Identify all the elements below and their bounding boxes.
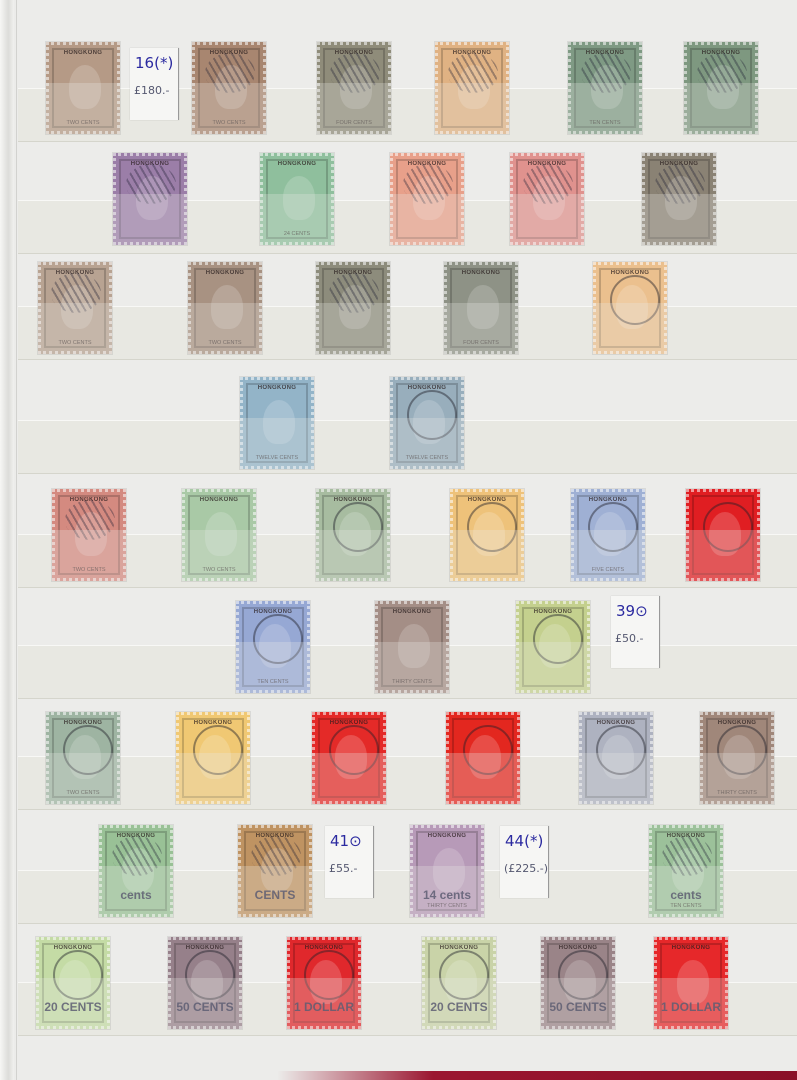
stamp: HONGKONG1 DOLLAR xyxy=(287,937,361,1029)
price-annotation-card: 16(*)£180.- xyxy=(130,48,179,120)
strip-overlay xyxy=(686,530,760,581)
strip-overlay xyxy=(113,194,187,245)
stamp: HONGKONG xyxy=(390,153,464,245)
stamp: HONGKONGFIVE CENTS xyxy=(571,489,645,581)
stamp: HONGKONGTHIRTY CENTS xyxy=(700,712,774,804)
strip-overlay xyxy=(182,530,256,581)
stamp: HONGKONGTWO CENTS xyxy=(182,489,256,581)
strip-overlay xyxy=(435,83,509,134)
strip-overlay xyxy=(654,978,728,1029)
stamp: HONGKONG xyxy=(516,601,590,693)
strip-overlay xyxy=(192,83,266,134)
stamp: HONGKONGTWO CENTS xyxy=(188,262,262,354)
strip-overlay xyxy=(168,978,242,1029)
strip-overlay xyxy=(238,866,312,917)
stamp: HONGKONGFOUR CENTS xyxy=(444,262,518,354)
strip-overlay xyxy=(684,83,758,134)
price-annotation-card: 39⊙£50.- xyxy=(611,596,660,668)
strip-overlay xyxy=(568,83,642,134)
strip-overlay xyxy=(642,194,716,245)
strip-overlay xyxy=(410,866,484,917)
strip-overlay xyxy=(99,866,173,917)
stamp: HONGKONG50 CENTS xyxy=(541,937,615,1029)
stamp-country: HONGKONG xyxy=(269,161,325,167)
stamp: HONGKONG24 CENTS xyxy=(260,153,334,245)
price-label: £55.- xyxy=(329,862,357,875)
strip-overlay xyxy=(52,530,126,581)
strip-overlay xyxy=(446,753,520,804)
stamp: HONGKONG xyxy=(113,153,187,245)
stamp: HONGKONGTWO CENTS xyxy=(52,489,126,581)
price-annotation-card: 41⊙£55.- xyxy=(325,826,374,898)
strip-overlay xyxy=(236,642,310,693)
stamp: HONGKONG xyxy=(642,153,716,245)
catalogue-number: 44(*) xyxy=(505,832,543,850)
stamp: HONGKONGTWELVE CENTS xyxy=(240,377,314,469)
stamp: HONGKONG xyxy=(316,262,390,354)
stamp: HONGKONG20 CENTS xyxy=(422,937,496,1029)
stamp: HONGKONGTEN CENTScents xyxy=(649,825,723,917)
stamp: HONGKONGTWO CENTS xyxy=(46,42,120,134)
catalogue-number: 41⊙ xyxy=(330,832,362,850)
stamp-country: HONGKONG xyxy=(197,270,253,276)
stamp-country: HONGKONG xyxy=(453,270,509,276)
strip-overlay xyxy=(541,978,615,1029)
strip-overlay xyxy=(46,753,120,804)
strip-overlay xyxy=(700,753,774,804)
stamp: HONGKONGFOUR CENTS xyxy=(317,42,391,134)
stamp-country: HONGKONG xyxy=(55,50,111,56)
strip-overlay xyxy=(36,978,110,1029)
stock-strip xyxy=(18,306,797,360)
strip-overlay xyxy=(38,303,112,354)
price-label: £180.- xyxy=(134,84,169,97)
strip-overlay xyxy=(317,83,391,134)
strip-overlay xyxy=(375,642,449,693)
price-annotation-card: 44(*)(£225.-) xyxy=(500,826,549,898)
strip-overlay xyxy=(422,978,496,1029)
stamp: HONGKONG xyxy=(684,42,758,134)
stock-sheet: HONGKONGTWO CENTSHONGKONGTWO CENTSHONGKO… xyxy=(0,0,797,1080)
stamp: HONGKONG xyxy=(579,712,653,804)
catalogue-number: 39⊙ xyxy=(616,602,648,620)
stamp: HONGKONG1 DOLLAR xyxy=(654,937,728,1029)
stamp: HONGKONG xyxy=(510,153,584,245)
strip-overlay xyxy=(444,303,518,354)
stamp: HONGKONGCENTS xyxy=(238,825,312,917)
stamp: HONGKONGTEN CENTS xyxy=(236,601,310,693)
stamp: HONGKONGTEN CENTS xyxy=(568,42,642,134)
strip-overlay xyxy=(579,753,653,804)
strip-overlay xyxy=(593,303,667,354)
stamp: HONGKONG50 CENTS xyxy=(168,937,242,1029)
strip-overlay xyxy=(316,530,390,581)
strip-overlay xyxy=(316,303,390,354)
strip-overlay xyxy=(46,83,120,134)
stamp-country: HONGKONG xyxy=(384,609,440,615)
stamp xyxy=(446,712,520,804)
strip-overlay xyxy=(176,753,250,804)
stamp: HONGKONGTWELVE CENTS xyxy=(390,377,464,469)
stamp: HONGKONG xyxy=(450,489,524,581)
stamp: HONGKONGTWO CENTS xyxy=(38,262,112,354)
binding-edge xyxy=(16,0,17,1080)
price-label: (£225.-) xyxy=(504,862,548,875)
stamp: HONGKONGcents xyxy=(99,825,173,917)
stamp: HONGKONGTWO CENTS xyxy=(192,42,266,134)
stamp-country: HONGKONG xyxy=(663,945,719,951)
strip-overlay xyxy=(390,194,464,245)
stock-strip xyxy=(18,756,797,810)
stamp: HONGKONG20 CENTS xyxy=(36,937,110,1029)
strip-overlay xyxy=(649,866,723,917)
catalogue-number: 16(*) xyxy=(135,54,173,72)
stamp: HONGKONG xyxy=(312,712,386,804)
album-binding xyxy=(0,0,14,1080)
album-cover-edge xyxy=(277,1071,797,1080)
strip-overlay xyxy=(516,642,590,693)
strip-overlay xyxy=(510,194,584,245)
stamp xyxy=(686,489,760,581)
strip-overlay xyxy=(240,418,314,469)
stamp: HONGKONG xyxy=(593,262,667,354)
stamp: HONGKONGTWO CENTS xyxy=(46,712,120,804)
stamp-country: HONGKONG xyxy=(191,497,247,503)
stamp-country: HONGKONG xyxy=(419,833,475,839)
strip-overlay xyxy=(312,753,386,804)
stock-strip xyxy=(18,534,797,588)
strip-overlay xyxy=(287,978,361,1029)
strip-overlay xyxy=(571,530,645,581)
price-label: £50.- xyxy=(615,632,643,645)
strip-overlay xyxy=(188,303,262,354)
stamp: HONGKONGTHIRTY CENTS14 cents xyxy=(410,825,484,917)
strip-overlay xyxy=(260,194,334,245)
stamp: HONGKONGTHIRTY CENTS xyxy=(375,601,449,693)
stamp: HONGKONG xyxy=(435,42,509,134)
stamp-country: HONGKONG xyxy=(249,385,305,391)
stamp: HONGKONG xyxy=(316,489,390,581)
stamp: HONGKONG xyxy=(176,712,250,804)
strip-overlay xyxy=(390,418,464,469)
strip-overlay xyxy=(450,530,524,581)
